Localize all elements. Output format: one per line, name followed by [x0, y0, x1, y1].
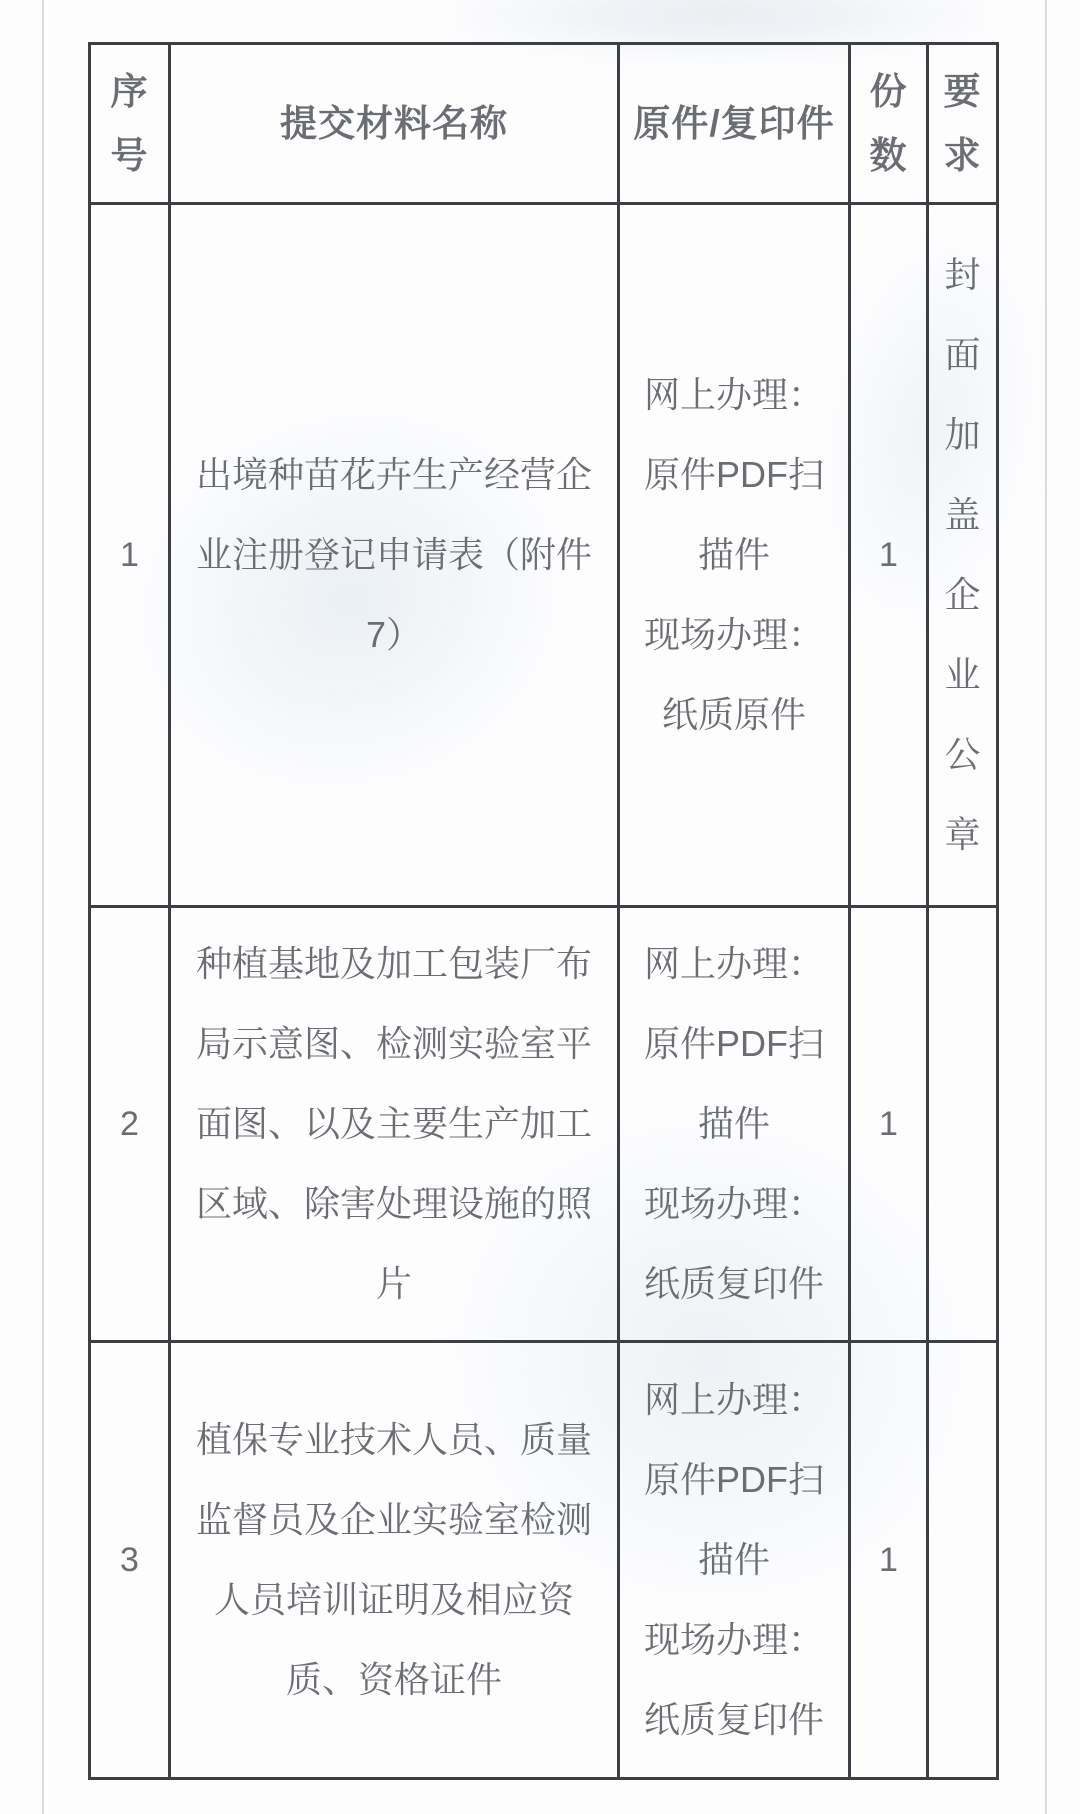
serial-number-cell: 2 [90, 907, 170, 1342]
copies-cell: 1 [850, 1342, 928, 1779]
header-cell-requirement: 要 求 [928, 44, 998, 204]
header-cell-serial-number: 序 号 [90, 44, 170, 204]
material-name-cell: 出境种苗花卉生产经营企 业注册登记申请表（附件 7） [170, 204, 619, 907]
table-row-3: 3 植保专业技术人员、质量 监督员及企业实验室检测 人员培训证明及相应资 质、资… [90, 1342, 998, 1779]
page-edge-right [1045, 0, 1047, 1814]
header-cell-original-copy: 原件/复印件 [619, 44, 850, 204]
serial-number-cell: 3 [90, 1342, 170, 1779]
requirement-cell [928, 907, 998, 1342]
table-row-1: 1 出境种苗花卉生产经营企 业注册登记申请表（附件 7） 网上办理： 原件PDF… [90, 204, 998, 907]
table-header-row: 序 号 提交材料名称 原件/复印件 份 数 要 求 [90, 44, 998, 204]
header-cell-material-name: 提交材料名称 [170, 44, 619, 204]
original-copy-cell: 网上办理： 原件PDF扫 描件 现场办理： 纸质复印件 [619, 907, 850, 1342]
materials-table: 序 号 提交材料名称 原件/复印件 份 数 要 求 1 出境种苗花卉生产经营企 … [88, 42, 999, 1780]
header-cell-copies: 份 数 [850, 44, 928, 204]
requirement-cell: 封 面 加 盖 企 业 公 章 [928, 204, 998, 907]
table-row-2: 2 种植基地及加工包装厂布 局示意图、检测实验室平 面图、以及主要生产加工 区域… [90, 907, 998, 1342]
copies-cell: 1 [850, 204, 928, 907]
serial-number-cell: 1 [90, 204, 170, 907]
original-copy-cell: 网上办理： 原件PDF扫 描件 现场办理： 纸质复印件 [619, 1342, 850, 1779]
page-edge-left [42, 0, 44, 1814]
original-copy-cell: 网上办理： 原件PDF扫 描件 现场办理： 纸质原件 [619, 204, 850, 907]
copies-cell: 1 [850, 907, 928, 1342]
material-name-cell: 植保专业技术人员、质量 监督员及企业实验室检测 人员培训证明及相应资 质、资格证… [170, 1342, 619, 1779]
requirement-cell [928, 1342, 998, 1779]
document-screenshot-root: 序 号 提交材料名称 原件/复印件 份 数 要 求 1 出境种苗花卉生产经营企 … [0, 0, 1080, 1814]
material-name-cell: 种植基地及加工包装厂布 局示意图、检测实验室平 面图、以及主要生产加工 区域、除… [170, 907, 619, 1342]
